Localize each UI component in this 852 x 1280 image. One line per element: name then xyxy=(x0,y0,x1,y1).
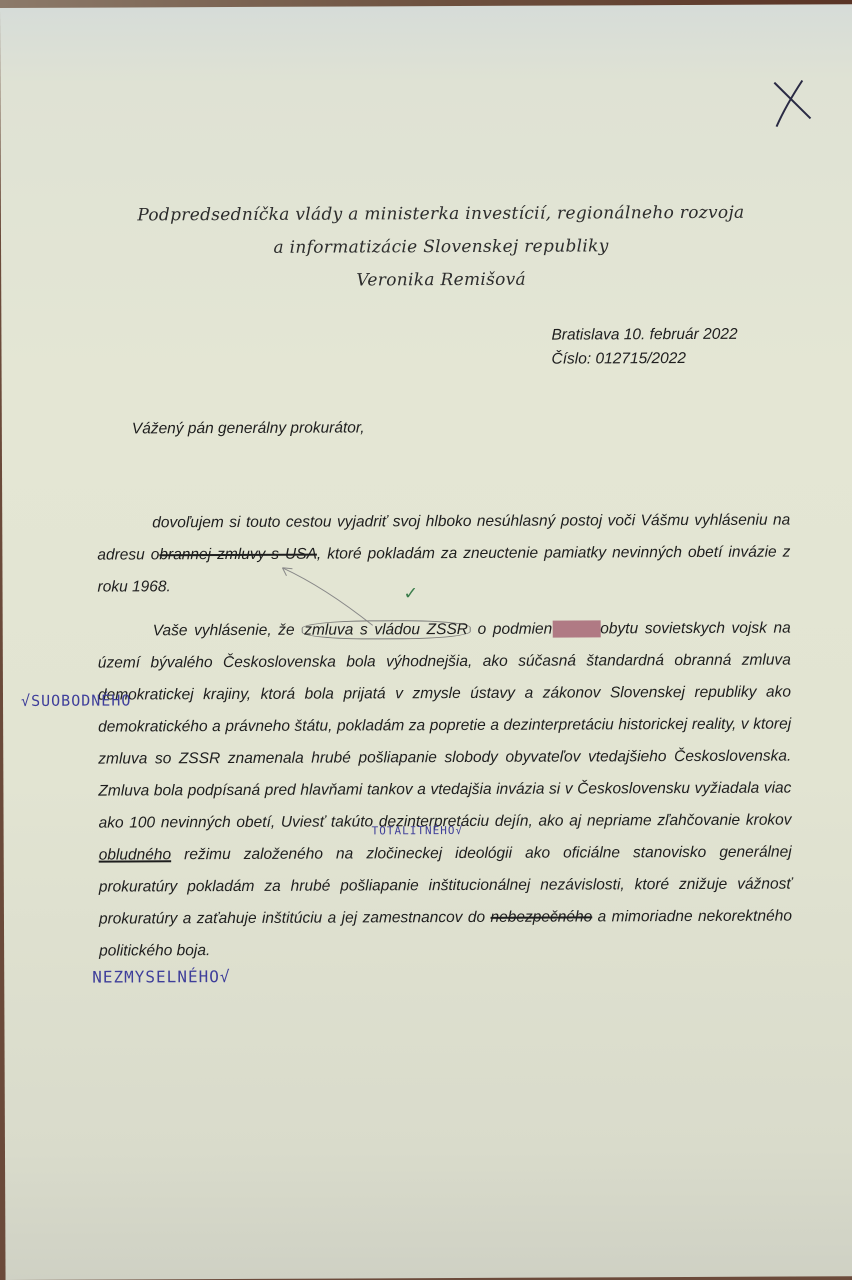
letterhead: Podpredsedníčka vlády a ministerka inves… xyxy=(101,197,781,299)
redacted-text: kach p xyxy=(552,620,600,637)
paragraph-2: Vaše vyhlásenie, že zmluva s vládou ZSSR… xyxy=(98,613,793,968)
struck-word: nebezpečného xyxy=(490,908,592,925)
struck-text: brannej zmluvy s USA xyxy=(159,546,317,564)
reference-number: Číslo: 012715/2022 xyxy=(551,347,737,372)
checkmark-icon: ✓ xyxy=(405,580,418,604)
letterhead-subtitle: a informatizácie Slovenskej republiky xyxy=(101,230,781,266)
letterhead-name: Veronika Remišová xyxy=(101,263,781,299)
corner-x-mark-icon xyxy=(770,78,814,130)
letterhead-title: Podpredsedníčka vlády a ministerka inves… xyxy=(101,197,781,233)
place-date: Bratislava 10. február 2022 xyxy=(551,323,737,348)
underlined-word: obludného xyxy=(99,846,171,863)
margin-handwritten-note: √SUOBODNÉHO xyxy=(21,691,131,709)
circled-text: zmluva s vládou ZSSR xyxy=(301,620,471,640)
bottom-handwritten-note: NEZMYSELNÉHO√ xyxy=(92,967,230,987)
letter-page: Podpredsedníčka vlády a ministerka inves… xyxy=(0,4,852,1280)
handwritten-note-above-word: TOTALITNÉHO√ xyxy=(372,824,464,837)
salutation: Vážený pán generálny prokurátor, xyxy=(132,419,365,438)
letter-meta: Bratislava 10. február 2022 Číslo: 01271… xyxy=(551,323,737,372)
